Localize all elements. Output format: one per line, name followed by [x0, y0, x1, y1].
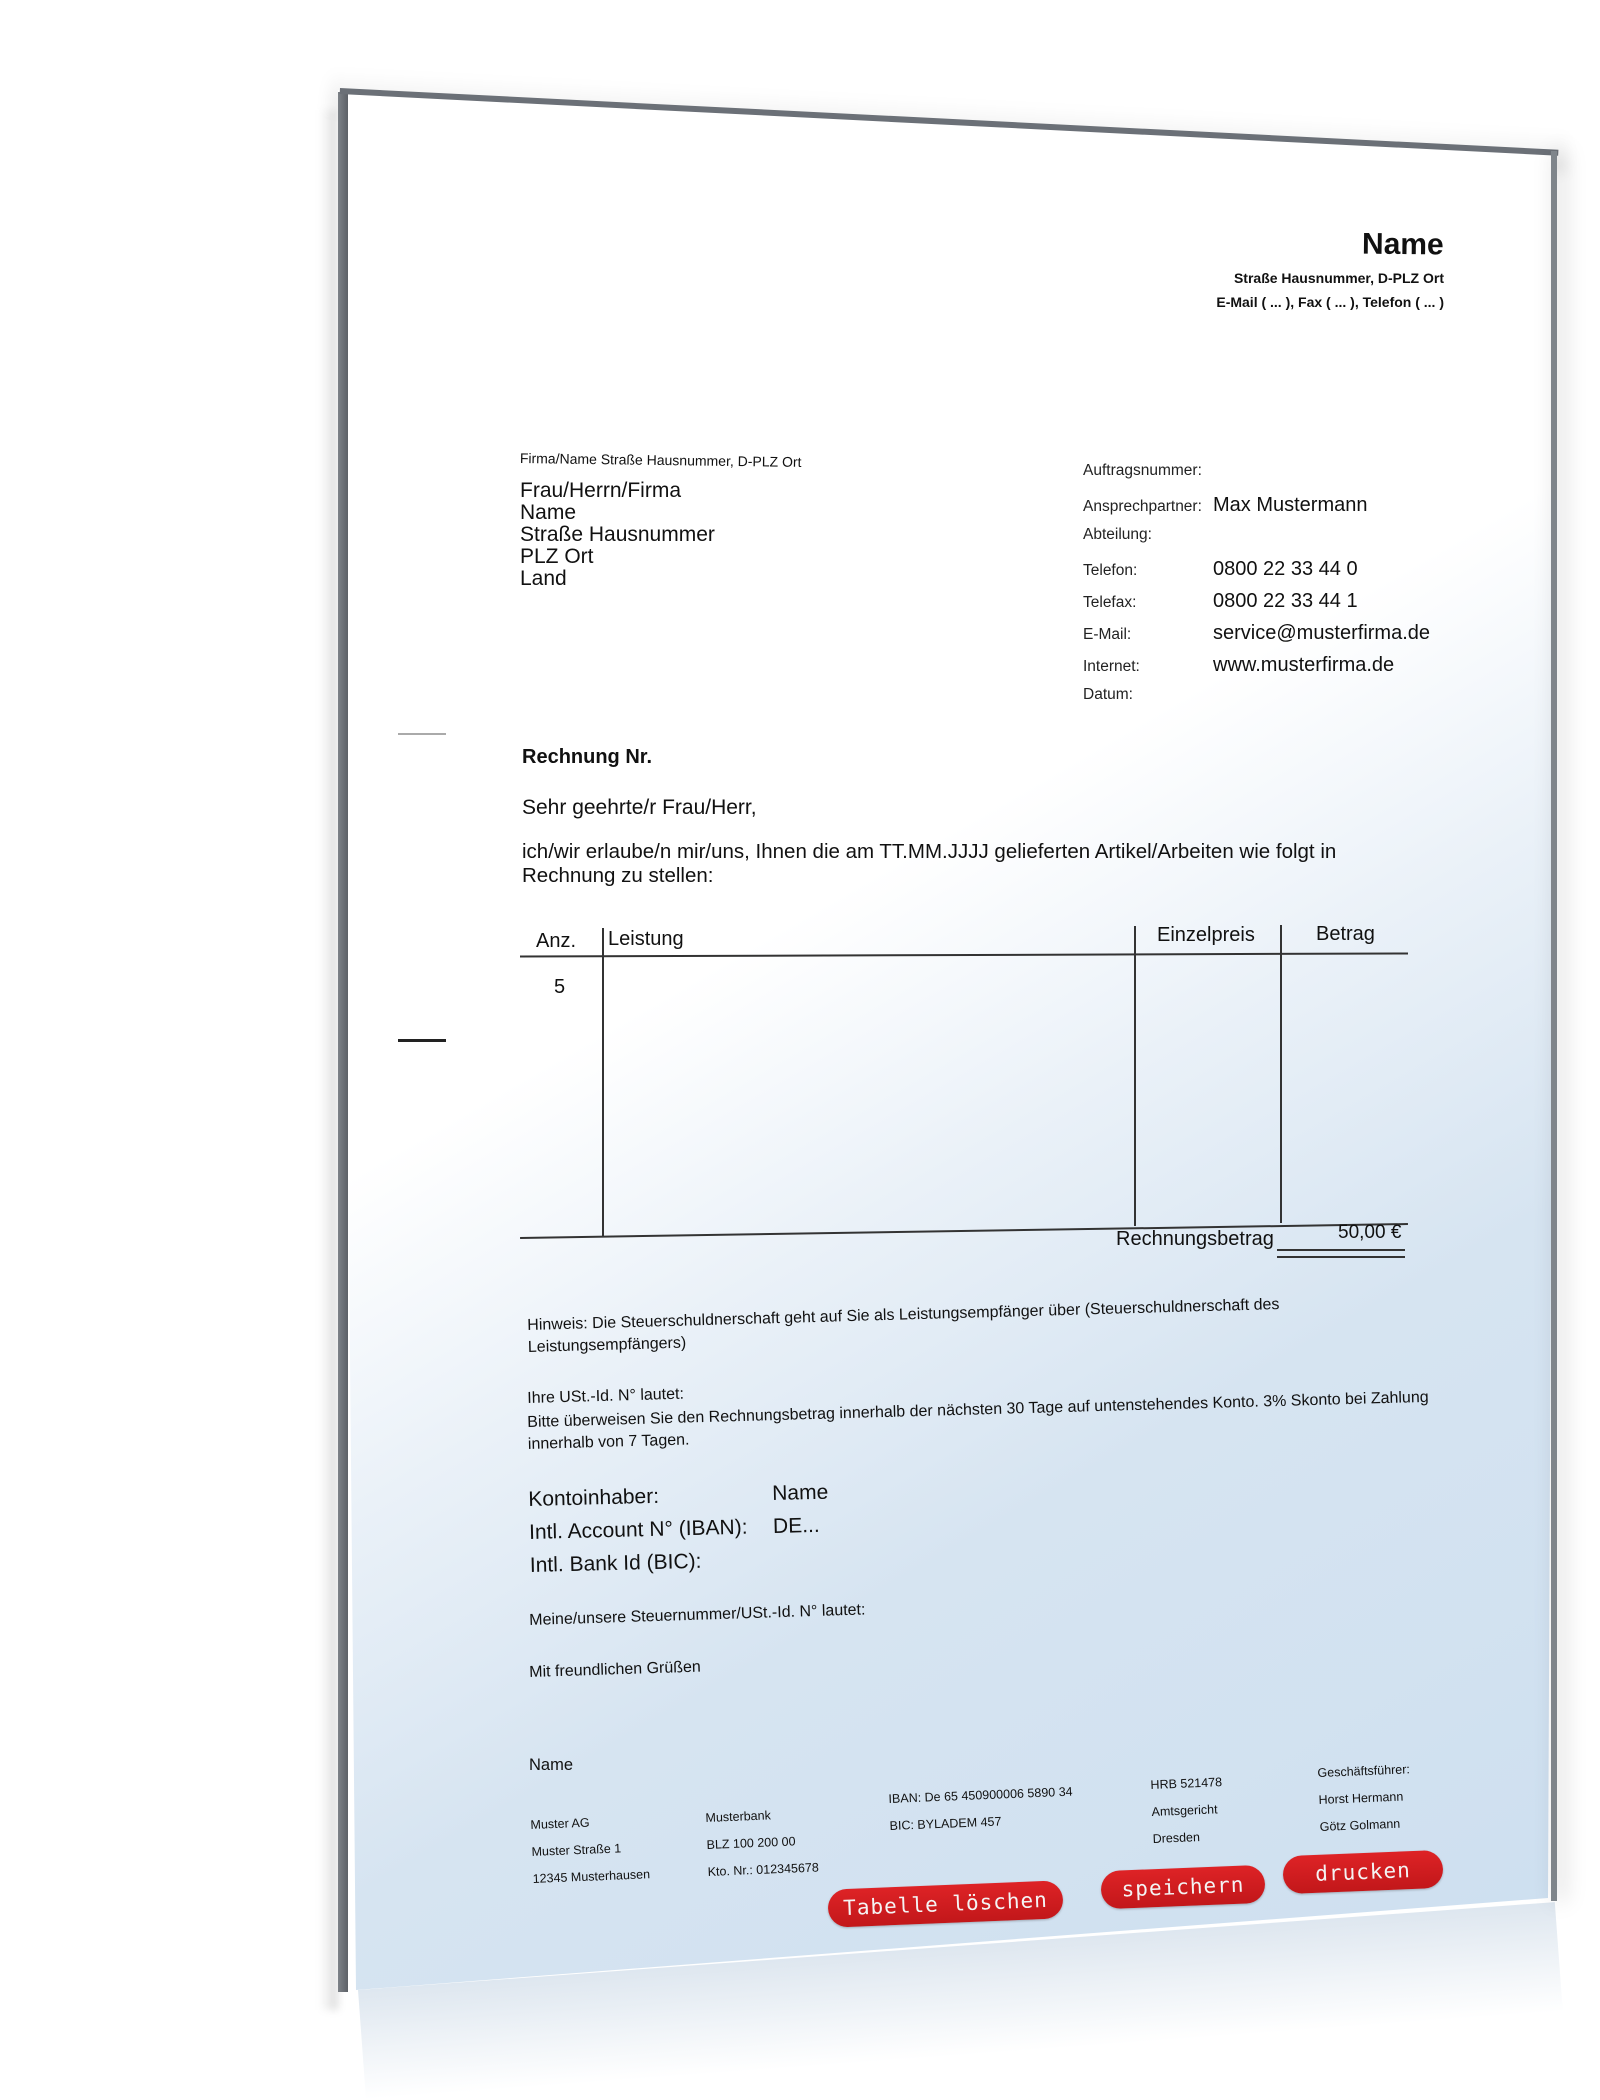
column-header-quantity: Anz.: [536, 930, 576, 953]
info-label: Telefax:: [1083, 594, 1213, 612]
info-value[interactable]: 0800 22 33 44 0: [1213, 558, 1358, 581]
total-double-underline: [1277, 1256, 1405, 1258]
fold-mark: [398, 1039, 446, 1042]
footer-line: 12345 Musterhausen: [532, 1861, 650, 1893]
footer-line: Götz Golmann: [1319, 1810, 1412, 1841]
salutation: Sehr geehrte/r Frau/Herr,: [522, 796, 757, 820]
letterhead-name: Name: [1362, 228, 1444, 263]
info-row-date: Datum:: [1083, 686, 1430, 718]
letterhead-contact: E-Mail ( ... ), Fax ( ... ), Telefon ( .…: [1216, 294, 1444, 310]
info-row-order-number: Auftragsnummer:: [1083, 462, 1430, 494]
info-value[interactable]: 0800 22 33 44 1: [1213, 590, 1358, 613]
footer-line: Kto. Nr.: 012345678: [707, 1854, 819, 1885]
footer-line: HRB 521478: [1150, 1769, 1223, 1799]
header-divider: [520, 952, 1408, 957]
column-divider: [1280, 925, 1282, 1223]
invoice-table: Anz. Leistung Einzelpreis Betrag 5: [520, 920, 1410, 1240]
footer-bank: Musterbank BLZ 100 200 00 Kto. Nr.: 0123…: [705, 1801, 819, 1886]
total-underline: [1277, 1249, 1405, 1251]
column-header-unit-price: Einzelpreis: [1157, 924, 1255, 947]
bank-details: Kontoinhaber: Name Intl. Account N° (IBA…: [528, 1481, 830, 1587]
page-left-shadow: [320, 110, 338, 2010]
info-value[interactable]: service@musterfirma.de: [1213, 622, 1430, 645]
info-label: Telefon:: [1083, 562, 1213, 580]
row-quantity[interactable]: 5: [554, 976, 565, 999]
page-edge-right: [1551, 151, 1557, 1901]
recipient-line: Land: [520, 568, 715, 590]
info-label: Internet:: [1083, 658, 1213, 676]
total-value: 50,00 €: [1338, 1222, 1401, 1244]
footer-company: Muster AG Muster Straße 1 12345 Musterha…: [530, 1807, 651, 1893]
recipient-line: Name: [520, 502, 715, 524]
bank-label: Intl. Bank Id (BIC):: [530, 1548, 775, 1578]
column-divider: [602, 928, 604, 1236]
footer-line: Horst Hermann: [1318, 1783, 1411, 1814]
column-divider: [1134, 926, 1136, 1226]
footer-line: Dresden: [1152, 1823, 1225, 1853]
save-button[interactable]: speichern: [1100, 1865, 1265, 1910]
recipient-line: Straße Hausnummer: [520, 524, 715, 546]
invoice-subject: Rechnung Nr.: [522, 746, 652, 769]
column-header-service: Leistung: [608, 928, 684, 951]
info-block: Auftragsnummer: Ansprechpartner: Max Mus…: [1083, 462, 1430, 718]
footer-management: Geschäftsführer: Horst Hermann Götz Golm…: [1317, 1756, 1413, 1841]
bank-value[interactable]: Name: [772, 1481, 829, 1506]
info-label: Auftragsnummer:: [1083, 462, 1213, 480]
fold-mark: [398, 733, 446, 735]
total-label: Rechnungsbetrag: [1116, 1228, 1274, 1251]
info-label: Ansprechpartner:: [1083, 498, 1213, 516]
print-button[interactable]: drucken: [1282, 1850, 1443, 1894]
info-row-phone: Telefon: 0800 22 33 44 0: [1083, 558, 1430, 590]
bank-label: Kontoinhaber:: [528, 1482, 773, 1512]
recipient-line: Frau/Herrn/Firma: [520, 480, 715, 502]
footer-intl-bank: IBAN: De 65 450900006 5890 34 BIC: BYLAD…: [888, 1779, 1074, 1840]
info-value[interactable]: Max Mustermann: [1213, 494, 1368, 517]
column-header-amount: Betrag: [1316, 923, 1375, 946]
info-row-fax: Telefax: 0800 22 33 44 1: [1083, 590, 1430, 622]
info-label: Datum:: [1083, 686, 1213, 704]
info-row-website: Internet: www.musterfirma.de: [1083, 654, 1430, 686]
info-label: Abteilung:: [1083, 526, 1213, 544]
footer-line: Amtsgericht: [1151, 1796, 1224, 1826]
table-bottom-divider: [520, 1223, 1408, 1239]
signature-name: Name: [529, 1756, 573, 1775]
info-row-email: E-Mail: service@musterfirma.de: [1083, 622, 1430, 654]
bank-value[interactable]: DE...: [773, 1514, 820, 1539]
info-label: E-Mail:: [1083, 626, 1213, 644]
letterhead-address: Straße Hausnummer, D-PLZ Ort: [1234, 270, 1444, 286]
info-row-contact-person: Ansprechpartner: Max Mustermann: [1083, 494, 1430, 526]
info-value[interactable]: www.musterfirma.de: [1213, 654, 1394, 677]
recipient-line: PLZ Ort: [520, 546, 715, 568]
footer-register: HRB 521478 Amtsgericht Dresden: [1150, 1769, 1225, 1853]
bank-label: Intl. Account N° (IBAN):: [529, 1515, 774, 1545]
intro-text: ich/wir erlaube/n mir/uns, Ihnen die am …: [522, 840, 1422, 888]
recipient-address: Frau/Herrn/Firma Name Straße Hausnummer …: [520, 480, 715, 590]
footer-line: Geschäftsführer:: [1317, 1756, 1410, 1787]
info-row-department: Abteilung:: [1083, 526, 1430, 558]
page-edge-left: [338, 92, 348, 1992]
